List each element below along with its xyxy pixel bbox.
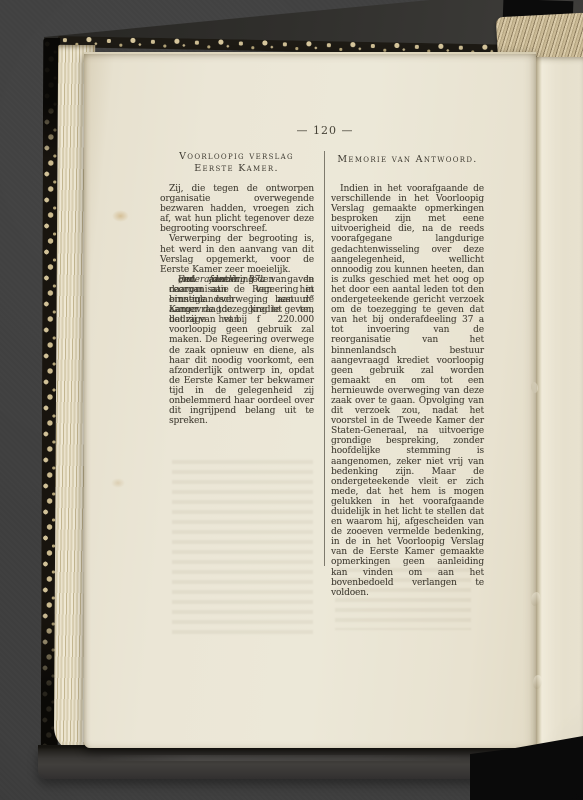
book-page: — 120 — Voorloopig verslag Eerste Kamer.… — [84, 52, 536, 748]
paragraph: Zij, die tegen de ontworpen organisatie … — [160, 184, 314, 234]
right-column-header: Memorie van Antwoord. — [331, 154, 484, 166]
page-number: — 120 — — [160, 124, 490, 137]
foxing-stain — [112, 210, 129, 222]
photo-canvas: — 120 — Voorloopig verslag Eerste Kamer.… — [0, 0, 583, 800]
right-column: Indien in het voorafgaande de verschille… — [331, 184, 484, 598]
column-divider-rule — [324, 151, 325, 566]
ink-bleedthrough-left — [172, 460, 313, 638]
left-column-header-line2: Eerste Kamer. — [160, 163, 313, 175]
foxing-stain — [111, 478, 125, 488]
left-column-header-line1: Voorloopig verslag — [160, 151, 313, 163]
page-top-edge-highlight — [84, 52, 536, 54]
paragraph-segment: „tot invoering van de reorganisatie van … — [169, 275, 314, 426]
cover-gloss-reflection — [98, 755, 478, 761]
facing-page-edge — [536, 57, 583, 746]
paragraph: Verwerping der begrooting is, het werd i… — [160, 234, 314, 274]
left-column: Zij, die tegen de ontworpen organisatie … — [160, 184, 314, 275]
page-crease — [532, 674, 543, 689]
left-column-header: Voorloopig verslag Eerste Kamer. — [160, 151, 313, 174]
paragraph: Indien in het voorafgaande de verschille… — [331, 184, 484, 598]
